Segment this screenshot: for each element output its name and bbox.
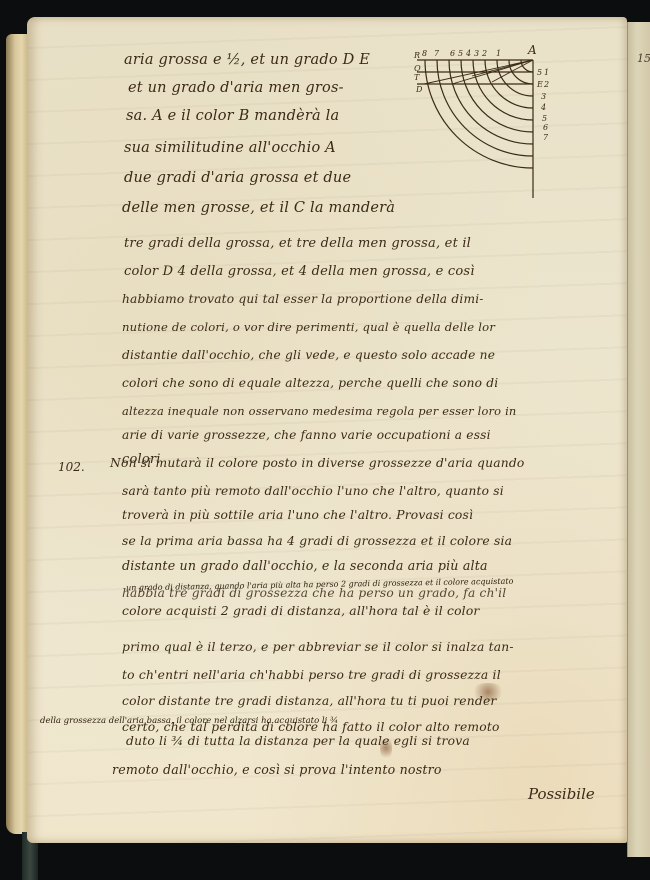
folio-number: 15 [637,52,650,65]
svg-text:4: 4 [540,103,546,112]
svg-text:7: 7 [434,49,440,58]
svg-text:5: 5 [458,49,463,58]
svg-text:3: 3 [541,92,546,101]
svg-text:T: T [414,73,420,82]
ink-stain [470,683,506,701]
svg-text:5: 5 [542,114,547,123]
svg-text:6: 6 [543,123,548,132]
svg-text:3: 3 [474,49,479,58]
svg-text:6: 6 [450,49,455,58]
catchword: Possibile [528,785,595,803]
diagram-apex-label: A [527,43,537,57]
svg-text:Q: Q [414,64,421,73]
diagram-label-r: R [413,51,420,60]
next-page-edge [627,22,650,857]
svg-text:7: 7 [543,133,549,142]
svg-text:1: 1 [544,68,549,77]
svg-text:D: D [415,85,423,94]
svg-text:2: 2 [543,80,549,89]
svg-text:1: 1 [496,49,501,58]
text-line: remoto dall'occhio, e così si prova l'in… [112,762,442,777]
svg-text:8: 8 [422,49,427,58]
svg-text:4: 4 [465,49,471,58]
svg-text:2: 2 [481,49,487,58]
svg-text:5: 5 [537,68,542,77]
geometric-diagram: R 8 7 6 5 4 3 2 1 A Q T D 5 1 E 2 3 4 5 … [412,30,562,205]
text-line: duto li ¾ di tutta la distanza per la qu… [126,734,470,748]
margin-annotation: della grossezza dell'aria bassa, il colo… [40,716,338,726]
svg-text:E: E [536,80,543,89]
